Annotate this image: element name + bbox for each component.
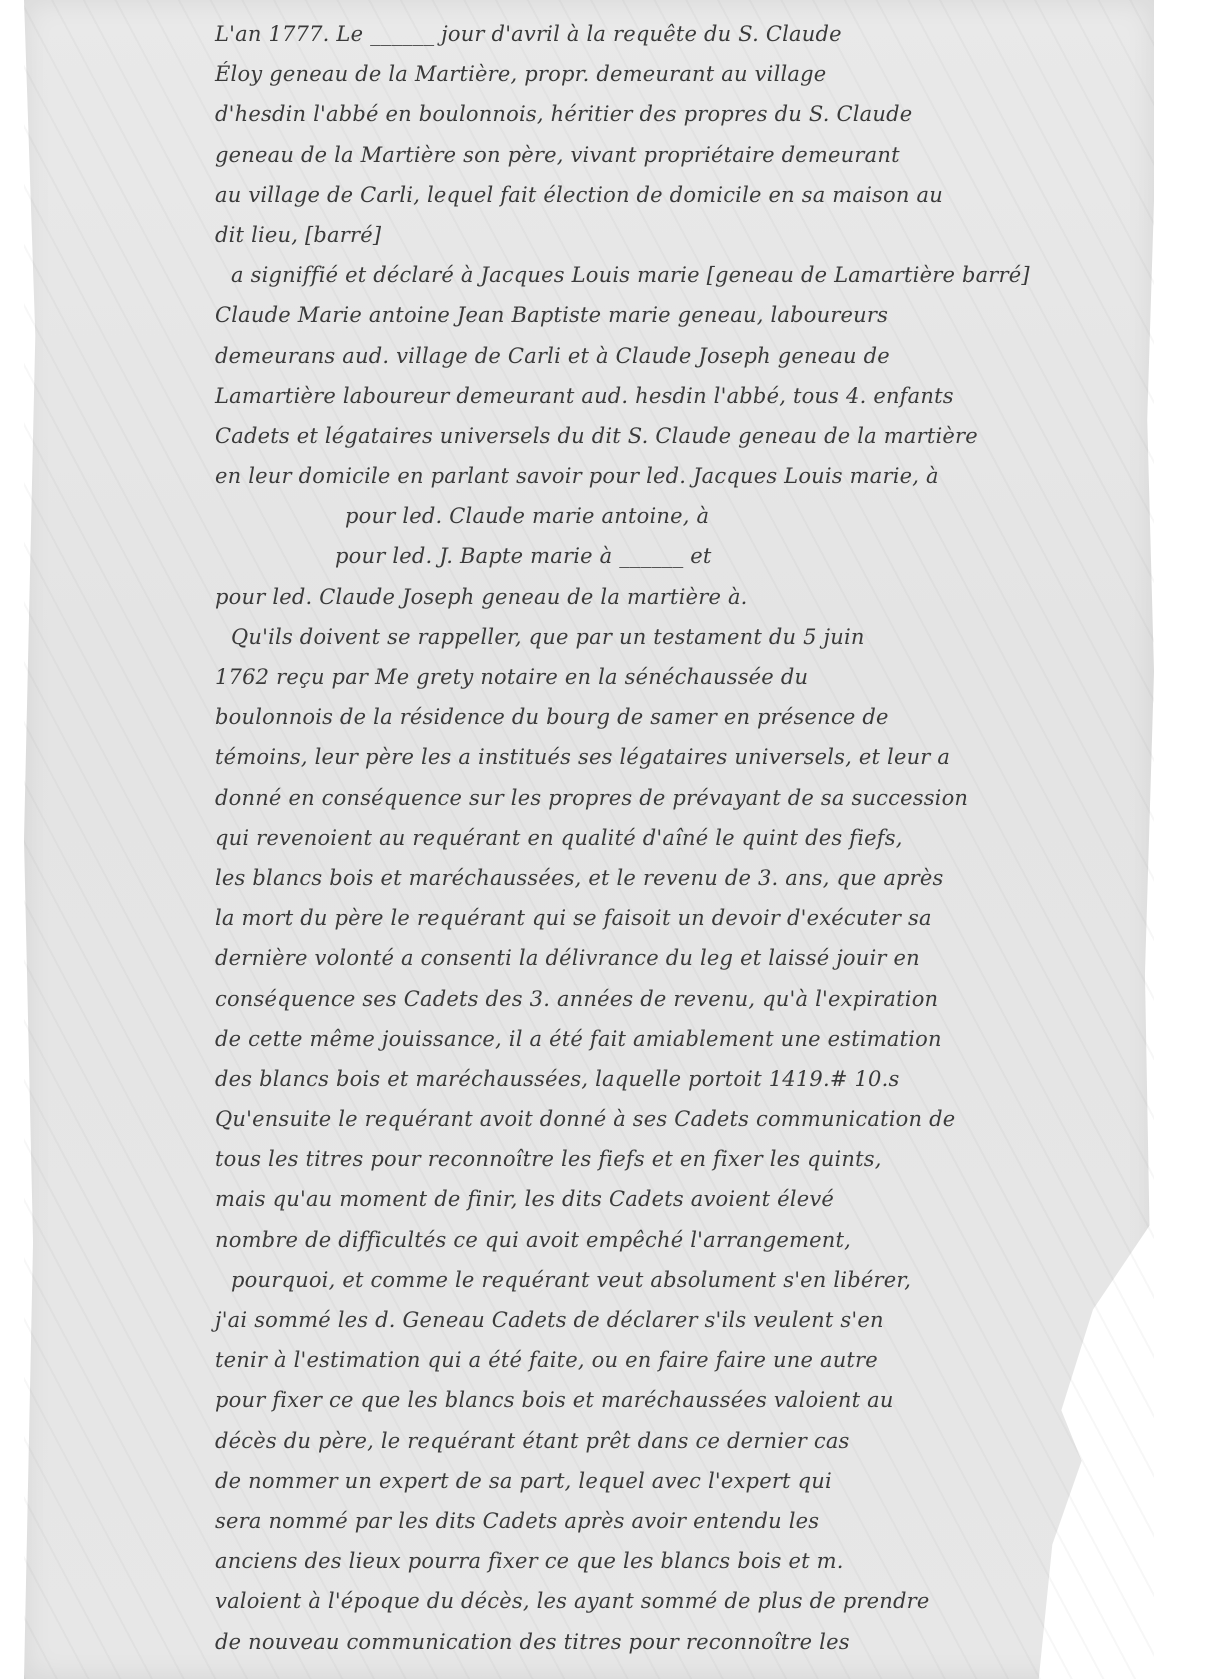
text-line-13: pour led. Claude marie antoine, à xyxy=(215,496,1145,536)
text-line-18: boulonnois de la résidence du bourg de s… xyxy=(215,697,1145,737)
text-line-7: a signiffié et déclaré à Jacques Louis m… xyxy=(215,255,1145,295)
text-line-15: pour led. Claude Joseph geneau de la mar… xyxy=(215,577,1145,617)
text-line-34: tenir à l'estimation qui a été faite, ou… xyxy=(215,1340,1145,1380)
text-line-41: de nouveau communication des titres pour… xyxy=(215,1622,1145,1662)
text-line-33: j'ai sommé les d. Geneau Cadets de décla… xyxy=(215,1300,1145,1340)
text-line-1: L'an 1777. Le ______ jour d'avril à la r… xyxy=(215,14,1145,54)
text-line-8: Claude Marie antoine Jean Baptiste marie… xyxy=(215,295,1145,335)
text-line-9: demeurans aud. village de Carli et à Cla… xyxy=(215,336,1145,376)
text-line-38: sera nommé par les dits Cadets après avo… xyxy=(215,1501,1145,1541)
text-line-25: conséquence ses Cadets des 3. années de … xyxy=(215,979,1145,1019)
text-line-29: tous les titres pour reconnoître les fie… xyxy=(215,1139,1145,1179)
text-line-5: au village de Carli, lequel fait électio… xyxy=(215,175,1145,215)
text-line-35: pour fixer ce que les blancs bois et mar… xyxy=(215,1380,1145,1420)
text-line-39: anciens des lieux pourra fixer ce que le… xyxy=(215,1541,1145,1581)
text-line-24: dernière volonté a consenti la délivranc… xyxy=(215,938,1145,978)
text-line-37: de nommer un expert de sa part, lequel a… xyxy=(215,1461,1145,1501)
text-line-19: témoins, leur père les a institués ses l… xyxy=(215,737,1145,777)
text-line-20: donné en conséquence sur les propres de … xyxy=(215,778,1145,818)
text-line-2: Éloy geneau de la Martière, propr. demeu… xyxy=(215,54,1145,94)
text-line-14: pour led. J. Bapte marie à ______ et xyxy=(215,536,1145,576)
text-line-16: Qu'ils doivent se rappeller, que par un … xyxy=(215,617,1145,657)
text-line-12: en leur domicile en parlant savoir pour … xyxy=(215,456,1145,496)
text-line-23: la mort du père le requérant qui se fais… xyxy=(215,898,1145,938)
text-line-40: valoient à l'époque du décès, les ayant … xyxy=(215,1581,1145,1621)
text-line-26: de cette même jouissance, il a été fait … xyxy=(215,1019,1145,1059)
text-line-36: décès du père, le requérant étant prêt d… xyxy=(215,1421,1145,1461)
text-line-3: d'hesdin l'abbé en boulonnois, héritier … xyxy=(215,94,1145,134)
text-line-10: Lamartière laboureur demeurant aud. hesd… xyxy=(215,376,1145,416)
text-line-32: pourquoi, et comme le requérant veut abs… xyxy=(215,1260,1145,1300)
manuscript-text: L'an 1777. Le ______ jour d'avril à la r… xyxy=(215,14,1145,1662)
text-line-4: geneau de la Martière son père, vivant p… xyxy=(215,135,1145,175)
text-line-17: 1762 reçu par Me grety notaire en la sén… xyxy=(215,657,1145,697)
text-line-21: qui revenoient au requérant en qualité d… xyxy=(215,818,1145,858)
text-line-11: Cadets et légataires universels du dit S… xyxy=(215,416,1145,456)
text-line-31: nombre de difficultés ce qui avoit empêc… xyxy=(215,1220,1145,1260)
text-line-30: mais qu'au moment de finir, les dits Cad… xyxy=(215,1179,1145,1219)
text-line-27: des blancs bois et maréchaussées, laquel… xyxy=(215,1059,1145,1099)
text-line-22: les blancs bois et maréchaussées, et le … xyxy=(215,858,1145,898)
text-line-28: Qu'ensuite le requérant avoit donné à se… xyxy=(215,1099,1145,1139)
text-line-6: dit lieu, [barré] xyxy=(215,215,1145,255)
